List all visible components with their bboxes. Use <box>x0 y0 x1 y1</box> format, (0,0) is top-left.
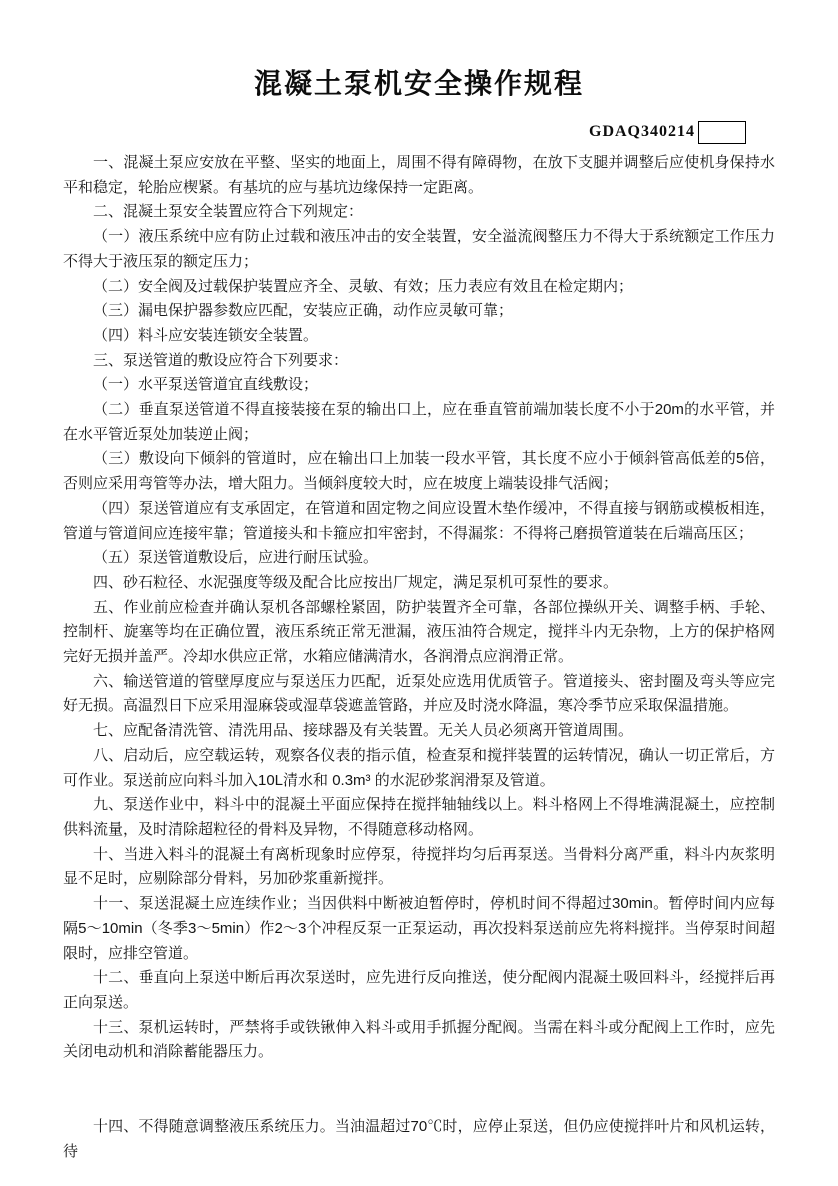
paragraph-item-2-sub-1: （一）液压系统中应有防止过载和液压冲击的安全装置，安全溢流阀整压力不得大于系统额… <box>63 225 775 274</box>
paragraph-item-2: 二、混凝土泵安全装置应符合下列规定： <box>63 200 775 225</box>
paragraph-item-2-sub-4: （四）料斗应安装连锁安全装置。 <box>63 324 775 349</box>
paragraph-item-3: 三、泵送管道的敷设应符合下列要求： <box>63 349 775 374</box>
doc-code-row: GDAQ340214 <box>63 120 746 144</box>
doc-code: GDAQ340214 <box>589 123 695 141</box>
paragraph-item-1: 一、混凝土泵应安放在平整、坚实的地面上，周围不得有障碍物，在放下支腿并调整后应使… <box>63 151 775 200</box>
document-page: 混凝土泵机安全操作规程 GDAQ340214 一、混凝土泵应安放在平整、坚实的地… <box>0 0 838 1186</box>
paragraph-item-2-sub-3: （三）漏电保护器参数应匹配，安装应正确，动作应灵敏可靠； <box>63 299 775 324</box>
paragraph-item-3-sub-2: （二）垂直泵送管道不得直接装接在泵的输出口上，应在垂直管前端加装长度不小于20m… <box>63 398 775 447</box>
paragraph-item-10: 十、当进入料斗的混凝土有离析现象时应停泵，待搅拌均匀后再泵送。当骨料分离严重，料… <box>63 843 775 892</box>
paragraph-item-6: 六、输送管道的管壁厚度应与泵送压力匹配，近泵处应选用优质管子。管道接头、密封圈及… <box>63 670 775 719</box>
document-body: 一、混凝土泵应安放在平整、坚实的地面上，周围不得有障碍物，在放下支腿并调整后应使… <box>63 151 775 1164</box>
paragraph-item-2-sub-2: （二）安全阀及过载保护装置应齐全、灵敏、有效；压力表应有效且在检定期内； <box>63 275 775 300</box>
paragraph-item-4: 四、砂石粒径、水泥强度等级及配合比应按出厂规定，满足泵机可泵性的要求。 <box>63 571 775 596</box>
paragraph-item-3-sub-3: （三）敷设向下倾斜的管道时，应在输出口上加装一段水平管，其长度不应小于倾斜管高低… <box>63 447 775 496</box>
paragraph-item-3-sub-4: （四）泵送管道应有支承固定，在管道和固定物之间应设置木垫作缓冲，不得直接与钢筋或… <box>63 497 775 546</box>
paragraph-item-5: 五、作业前应检查并确认泵机各部螺栓紧固，防护装置齐全可靠，各部位操纵开关、调整手… <box>63 596 775 670</box>
paragraph-item-7: 七、应配备清洗管、清洗用品、接球器及有关装置。无关人员必须离开管道周围。 <box>63 719 775 744</box>
paragraph-item-12: 十二、垂直向上泵送中断后再次泵送时，应先进行反向推送，使分配阀内混凝土吸回料斗，… <box>63 966 775 1015</box>
page-title: 混凝土泵机安全操作规程 <box>63 0 775 102</box>
paragraph-item-8: 八、启动后，应空载运转，观察各仪表的指示值，检查泵和搅拌装置的运转情况，确认一切… <box>63 744 775 793</box>
doc-code-box <box>698 121 746 144</box>
paragraph-item-9: 九、泵送作业中，料斗中的混凝土平面应保持在搅拌轴轴线以上。料斗格网上不得堆满混凝… <box>63 793 775 842</box>
paragraph-item-11: 十一、泵送混凝土应连续作业；当因供料中断被迫暂停时，停机时间不得超过30min。… <box>63 892 775 966</box>
paragraph-item-13: 十三、泵机运转时，严禁将手或铁锹伸入料斗或用手抓握分配阀。当需在料斗或分配阀上工… <box>63 1016 775 1065</box>
paragraph-item-3-sub-5: （五）泵送管道敷设后，应进行耐压试验。 <box>63 546 775 571</box>
paragraph-item-14: 十四、不得随意调整液压系统压力。当油温超过70℃时，应停止泵送，但仍应使搅拌叶片… <box>63 1115 775 1164</box>
paragraph-item-3-sub-1: （一）水平泵送管道宜直线敷设； <box>63 373 775 398</box>
